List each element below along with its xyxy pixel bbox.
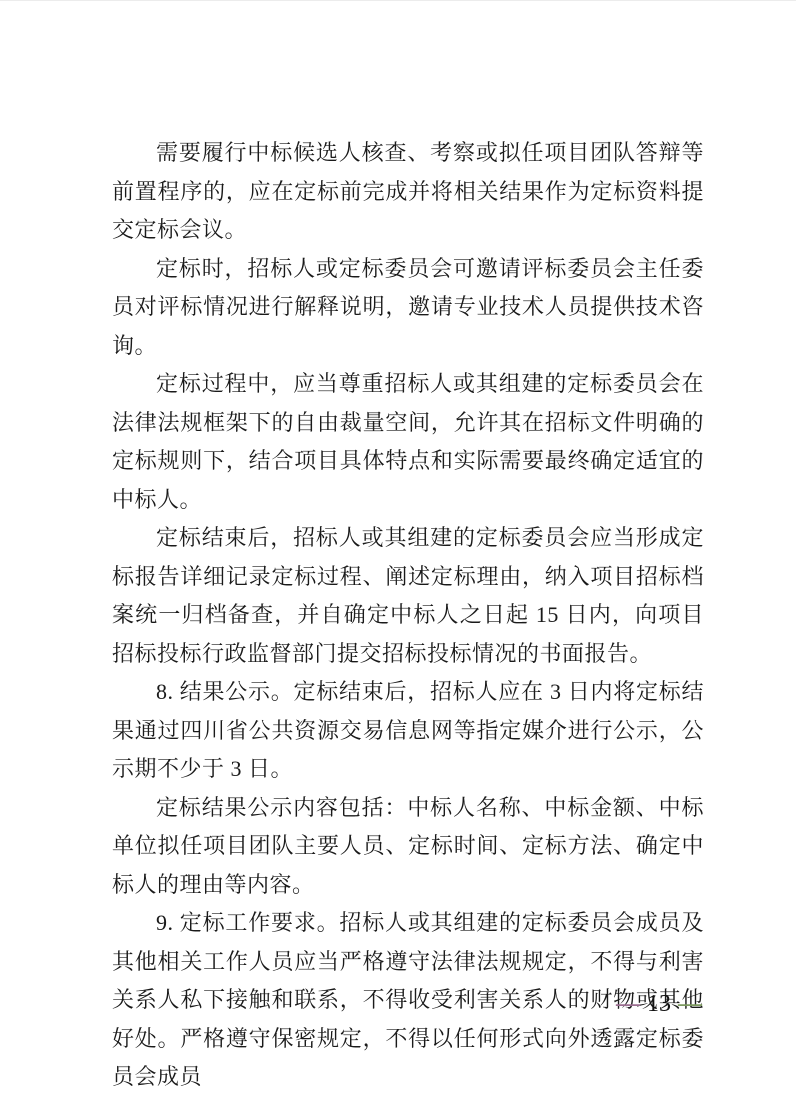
- page-number-value: 13: [647, 991, 671, 1017]
- paragraph: 定标结束后，招标人或其组建的定标委员会应当形成定标报告详细记录定标过程、阐述定标…: [112, 519, 704, 673]
- paragraph: 需要履行中标候选人核查、考察或拟任项目团队答辩等前置程序的，应在定标前完成并将相…: [112, 134, 704, 250]
- paragraph: 8. 结果公示。定标结束后，招标人应在 3 日内将定标结果通过四川省公共资源交易…: [112, 673, 704, 789]
- page-number-left-dash: —: [616, 991, 640, 1017]
- paragraph: 定标结果公示内容包括：中标人名称、中标金额、中标单位拟任项目团队主要人员、定标时…: [112, 789, 704, 905]
- document-page: 需要履行中标候选人核查、考察或拟任项目团队答辩等前置程序的，应在定标前完成并将相…: [0, 0, 796, 1118]
- body-text: 需要履行中标候选人核查、考察或拟任项目团队答辩等前置程序的，应在定标前完成并将相…: [112, 134, 704, 1097]
- paragraph: 定标过程中，应当尊重招标人或其组建的定标委员会在法律法规框架下的自由裁量空间，允…: [112, 365, 704, 519]
- page-number: — 13 —: [616, 991, 702, 1017]
- page-number-right-dash: —: [678, 991, 702, 1017]
- paragraph: 定标时，招标人或定标委员会可邀请评标委员会主任委员对评标情况进行解释说明，邀请专…: [112, 250, 704, 366]
